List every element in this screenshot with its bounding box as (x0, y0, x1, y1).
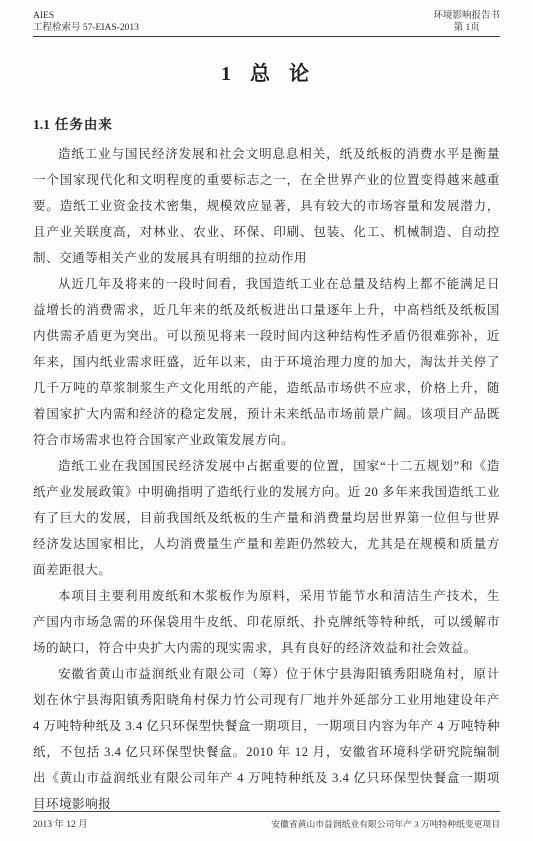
page-footer: 2013 年 12 月 安徽省黄山市益润纸业有限公司年产 3 万吨特种纸变更项目 (33, 811, 500, 830)
section-title: 任务由来 (55, 117, 113, 132)
header-page-number: 第 1页 (433, 22, 500, 34)
body-text: 造纸工业与国民经济发展和社会文明息息相关，纸及纸板的消费水平是衡量一个国家现代化… (33, 141, 500, 817)
header-right: 环境影响报告书 第 1页 (433, 10, 500, 34)
section-number: 1.1 (33, 117, 50, 132)
footer-project-title: 安徽省黄山市益润纸业有限公司年产 3 万吨特种纸变更项目 (271, 817, 500, 830)
footer-rule (33, 811, 500, 812)
body-paragraph: 从近几年及将来的一段时间看，我国造纸工业在总量及结构上都不能满足日益增长的消费需… (33, 271, 500, 453)
body-paragraph: 安徽省黄山市益润纸业有限公司（筹）位于休宁县海阳镇秀阳晓角村，原计划在休宁县海阳… (33, 661, 500, 817)
body-paragraph: 造纸工业在我国国民经济发展中占据重要的位置，国家“十二五规划”和《造纸产业发展政… (33, 453, 500, 583)
header-left: AIES 工程检索号 57-EIAS-2013 (33, 10, 139, 34)
page-header: AIES 工程检索号 57-EIAS-2013 环境影响报告书 第 1页 (33, 10, 500, 34)
footer-row: 2013 年 12 月 安徽省黄山市益润纸业有限公司年产 3 万吨特种纸变更项目 (33, 816, 500, 830)
section-heading: 1.1任务由来 (33, 116, 500, 134)
body-paragraph: 本项目主要利用废纸和木浆板作为原料，采用节能节水和清洁生产技术，生产国内市场急需… (33, 583, 500, 661)
header-rule (33, 36, 500, 37)
body-paragraph: 造纸工业与国民经济发展和社会文明息息相关，纸及纸板的消费水平是衡量一个国家现代化… (33, 141, 500, 271)
footer-date: 2013 年 12 月 (33, 816, 88, 830)
header-project-index: 工程检索号 57-EIAS-2013 (33, 22, 139, 34)
document-page: AIES 工程检索号 57-EIAS-2013 环境影响报告书 第 1页 1 总… (0, 0, 533, 841)
header-doc-type: 环境影响报告书 (433, 10, 500, 22)
header-org-code: AIES (33, 10, 139, 22)
chapter-title: 1 总 论 (33, 61, 500, 87)
